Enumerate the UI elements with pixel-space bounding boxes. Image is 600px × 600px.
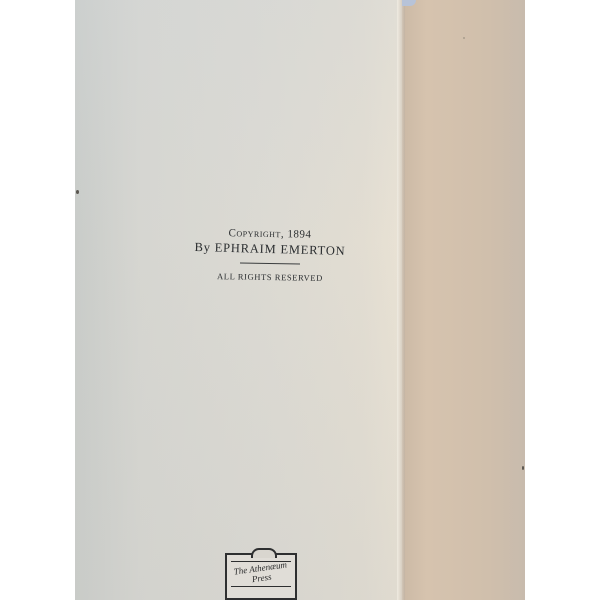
right-page: [402, 0, 525, 600]
left-page: [75, 0, 402, 600]
paper-speck: [522, 466, 524, 470]
paper-speck: [463, 37, 465, 39]
divider-rule: [240, 262, 300, 264]
copyright-imprint: Copyright, 1894 By EPHRAIM EMERTON ALL R…: [180, 228, 360, 282]
paper-speck: [76, 190, 79, 194]
book-photo: Copyright, 1894 By EPHRAIM EMERTON ALL R…: [75, 0, 525, 600]
author-line: By EPHRAIM EMERTON: [180, 240, 360, 260]
crest-icon: [251, 548, 277, 558]
copyright-line: Copyright, 1894: [180, 226, 360, 241]
book-gutter: [397, 0, 405, 600]
rights-reserved-line: ALL RIGHTS RESERVED: [180, 270, 360, 283]
printer-mark-logo: The Athenæum Press: [225, 553, 297, 600]
